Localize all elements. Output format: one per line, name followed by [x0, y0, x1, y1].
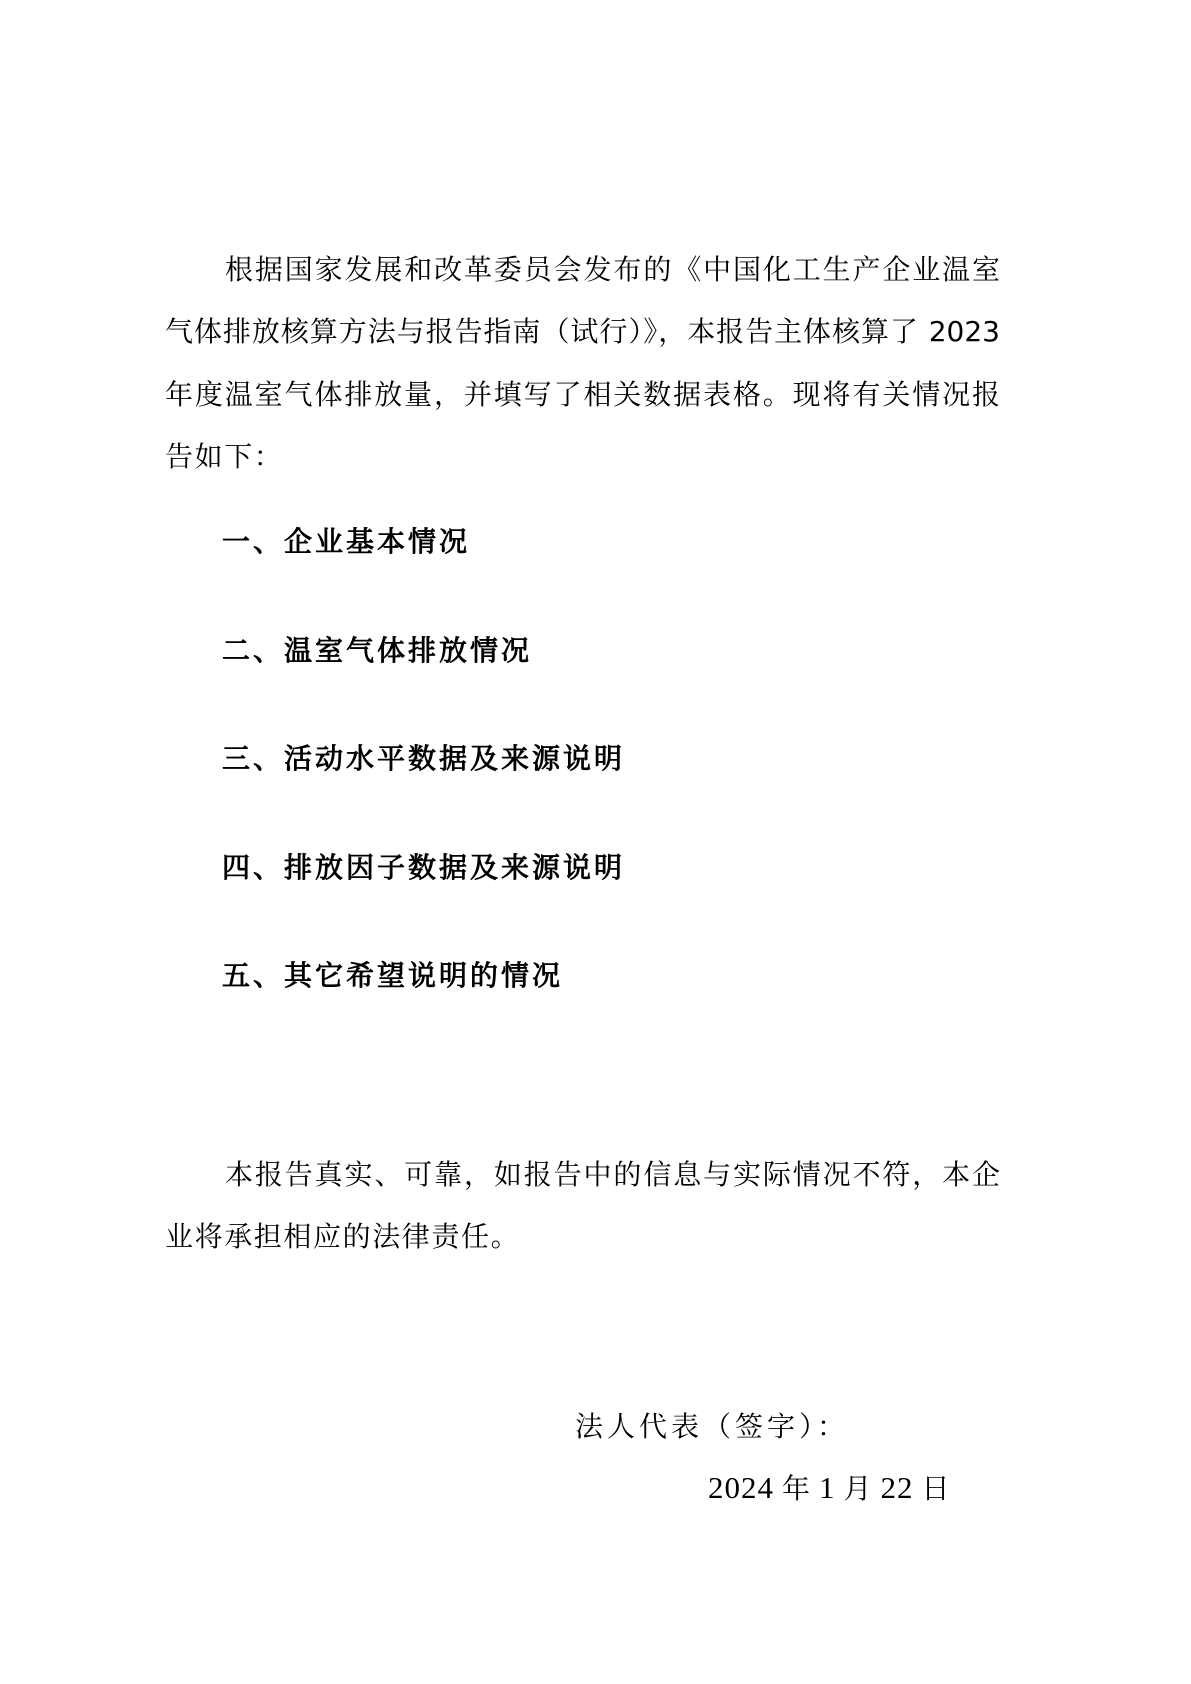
intro-line-4: 告如下： [165, 437, 283, 477]
legal-representative-signature-label: 法人代表（签字）： [575, 1407, 849, 1447]
declaration-line-2: 业将承担相应的法律责任。 [165, 1217, 520, 1257]
intro-line-3: 年度温室气体排放量，并填写了相关数据表格。现将有关情况报 [165, 375, 1000, 415]
intro-line-2: 气体排放核算方法与报告指南（试行）》，本报告主体核算了 2023 [165, 312, 1000, 352]
date-year: 2024 [708, 1470, 774, 1505]
date-year-unit: 年 [782, 1472, 811, 1505]
document-page: 根据国家发展和改革委员会发布的《中国化工生产企业温室 气体排放核算方法与报告指南… [0, 0, 1191, 1684]
section-heading-2: 二、温室气体排放情况 [222, 631, 532, 671]
declaration-line-1: 本报告真实、可靠，如报告中的信息与实际情况不符，本企 [225, 1155, 1000, 1195]
section-heading-3: 三、活动水平数据及来源说明 [222, 739, 625, 779]
date-month: 1 [819, 1470, 836, 1505]
intro-line-1: 根据国家发展和改革委员会发布的《中国化工生产企业温室 [225, 250, 1000, 290]
section-heading-4: 四、排放因子数据及来源说明 [222, 848, 625, 888]
date-month-unit: 月 [844, 1472, 873, 1505]
section-heading-5: 五、其它希望说明的情况 [222, 956, 563, 996]
date-day-unit: 日 [922, 1472, 951, 1505]
section-heading-1: 一、企业基本情况 [222, 522, 470, 562]
signature-date: 2024年1月22日 [708, 1468, 951, 1509]
date-day: 22 [881, 1470, 914, 1505]
